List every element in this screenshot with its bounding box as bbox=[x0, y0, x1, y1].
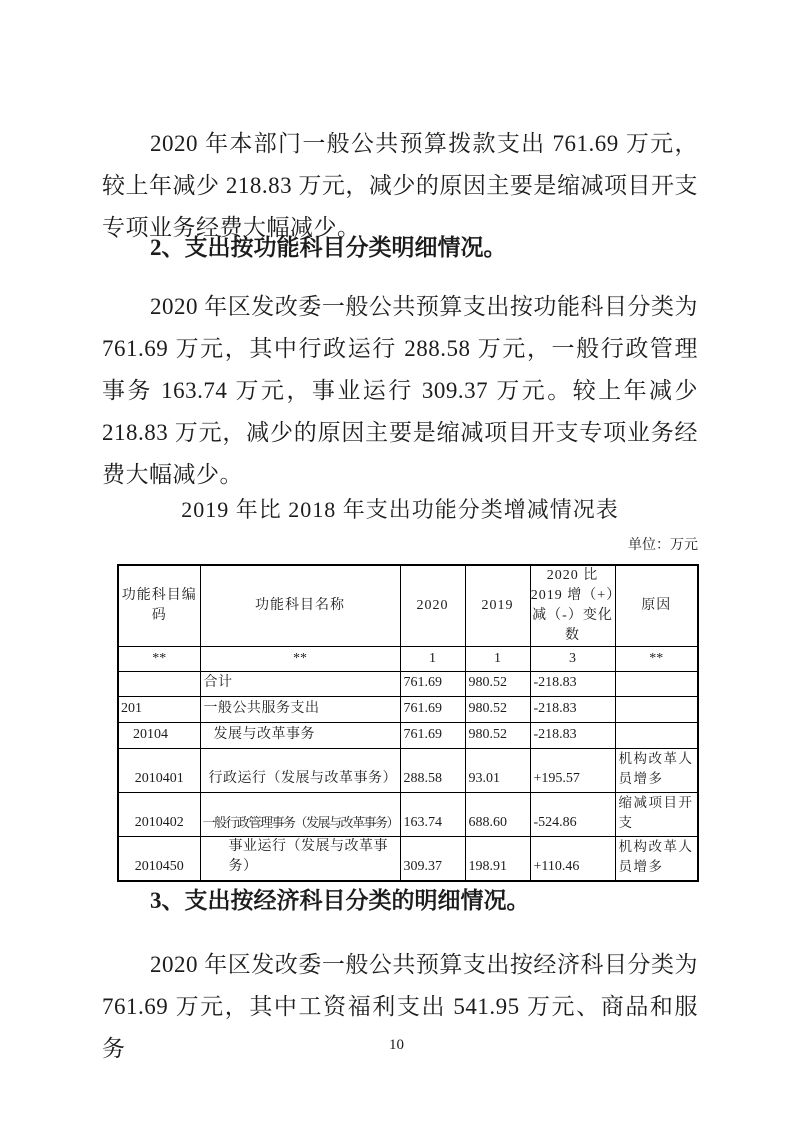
table-row-2010450: 2010450 事业运行（发展与改革事务） 309.37 198.91 +110… bbox=[118, 837, 698, 882]
table-row-2010402: 2010402 一般行政管理事务（发展与改革事务） 163.74 688.60 … bbox=[118, 793, 698, 837]
table-row-total: 合计 761.69 980.52 -218.83 bbox=[118, 672, 698, 697]
cell-reason bbox=[615, 723, 698, 749]
cell-2020: 163.74 bbox=[400, 793, 465, 837]
cell-name: 合计 bbox=[200, 672, 400, 697]
header-2020: 2020 bbox=[400, 565, 465, 647]
cell-code: 2010402 bbox=[118, 793, 200, 837]
paragraph-function-detail: 2020 年区发改委一般公共预算支出按功能科目分类为 761.69 万元，其中行… bbox=[102, 286, 698, 496]
subheader-cell: ** bbox=[615, 647, 698, 672]
heading-function-classification: 2、支出按功能科目分类明细情况。 bbox=[102, 227, 698, 269]
cell-2020: 761.69 bbox=[400, 697, 465, 723]
subheader-cell: 3 bbox=[530, 647, 615, 672]
cell-2019: 688.60 bbox=[465, 793, 530, 837]
function-classification-table: 功能科目编码 功能科目名称 2020 2019 2020 比 2019 增（+）… bbox=[117, 564, 699, 882]
cell-2020: 761.69 bbox=[400, 723, 465, 749]
cell-name: 事业运行（发展与改革事务） bbox=[200, 837, 400, 882]
table-row-201: 201 一般公共服务支出 761.69 980.52 -218.83 bbox=[118, 697, 698, 723]
cell-2019: 980.52 bbox=[465, 723, 530, 749]
cell-reason: 机构改革人员增多 bbox=[615, 749, 698, 793]
cell-change: -218.83 bbox=[530, 672, 615, 697]
cell-reason: 机构改革人员增多 bbox=[615, 837, 698, 882]
cell-code: 20104 bbox=[118, 723, 200, 749]
document-page: 2020 年本部门一般公共预算拨款支出 761.69 万元，较上年减少 218.… bbox=[0, 0, 793, 1122]
header-reason: 原因 bbox=[615, 565, 698, 647]
page-number: 10 bbox=[0, 1037, 793, 1054]
header-name: 功能科目名称 bbox=[200, 565, 400, 647]
cell-2020: 288.58 bbox=[400, 749, 465, 793]
cell-change: +195.57 bbox=[530, 749, 615, 793]
cell-2019: 93.01 bbox=[465, 749, 530, 793]
cell-code bbox=[118, 672, 200, 697]
table-subheader-row: ** ** 1 1 3 ** bbox=[118, 647, 698, 672]
cell-name: 一般行政管理事务（发展与改革事务） bbox=[200, 793, 400, 837]
header-code: 功能科目编码 bbox=[118, 565, 200, 647]
table-row-20104: 20104 发展与改革事务 761.69 980.52 -218.83 bbox=[118, 723, 698, 749]
subheader-cell: ** bbox=[118, 647, 200, 672]
cell-reason bbox=[615, 672, 698, 697]
table-header-row: 功能科目编码 功能科目名称 2020 2019 2020 比 2019 增（+）… bbox=[118, 565, 698, 647]
cell-code: 2010401 bbox=[118, 749, 200, 793]
cell-change: +110.46 bbox=[530, 837, 615, 882]
subheader-cell: 1 bbox=[465, 647, 530, 672]
cell-change: -218.83 bbox=[530, 723, 615, 749]
header-change: 2020 比 2019 增（+）减（-）变化数 bbox=[530, 565, 615, 647]
subheader-cell: 1 bbox=[400, 647, 465, 672]
cell-2020: 309.37 bbox=[400, 837, 465, 882]
table-row-2010401: 2010401 行政运行（发展与改革事务） 288.58 93.01 +195.… bbox=[118, 749, 698, 793]
cell-change: -218.83 bbox=[530, 697, 615, 723]
cell-name: 行政运行（发展与改革事务） bbox=[200, 749, 400, 793]
cell-name: 发展与改革事务 bbox=[200, 723, 400, 749]
cell-code: 2010450 bbox=[118, 837, 200, 882]
cell-2020: 761.69 bbox=[400, 672, 465, 697]
heading-economic-classification: 3、支出按经济科目分类的明细情况。 bbox=[102, 880, 698, 922]
cell-reason bbox=[615, 697, 698, 723]
cell-2019: 980.52 bbox=[465, 672, 530, 697]
cell-reason: 缩减项目开支 bbox=[615, 793, 698, 837]
table-unit-label: 单位：万元 bbox=[102, 537, 698, 555]
cell-2019: 980.52 bbox=[465, 697, 530, 723]
subheader-cell: ** bbox=[200, 647, 400, 672]
cell-name: 一般公共服务支出 bbox=[200, 697, 400, 723]
header-2019: 2019 bbox=[465, 565, 530, 647]
cell-2019: 198.91 bbox=[465, 837, 530, 882]
cell-change: -524.86 bbox=[530, 793, 615, 837]
table-title: 2019 年比 2018 年支出功能分类增减情况表 bbox=[102, 493, 698, 527]
cell-code: 201 bbox=[118, 697, 200, 723]
